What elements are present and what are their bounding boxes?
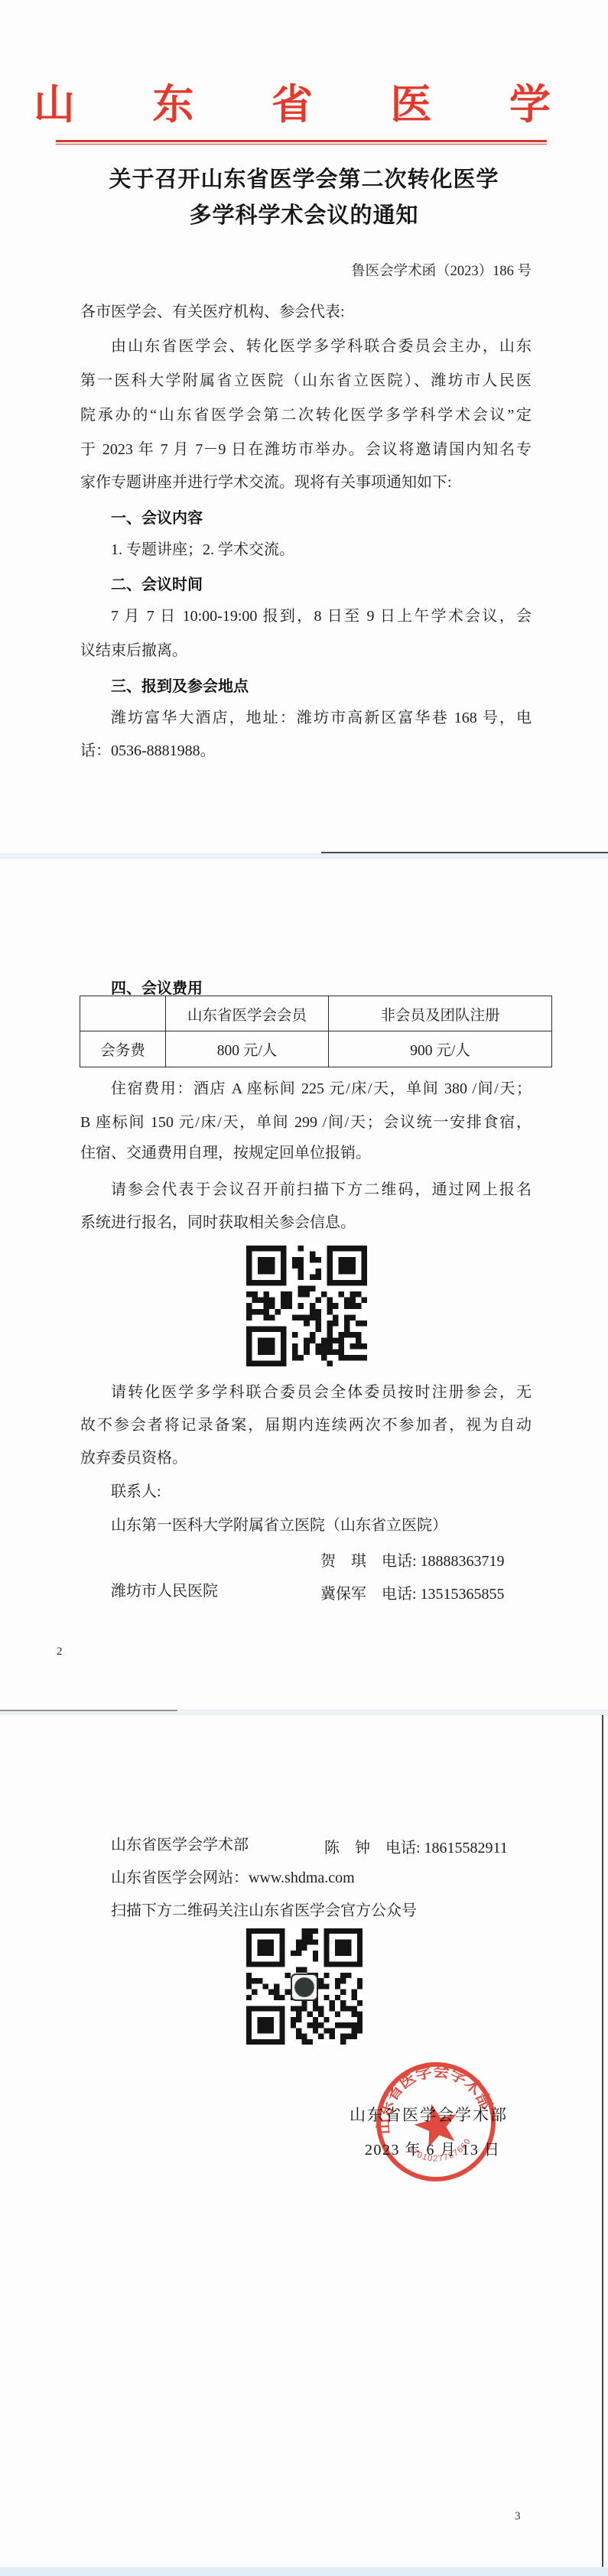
text-line: 住宿费用：酒店 A 座标间 225 元/床/天，单间 380 /间/天； <box>80 1079 532 1100</box>
contact-person-line: 冀保军 电话: 13515365855 <box>320 1581 505 1603</box>
contacts-label: 联系人: <box>80 1482 532 1502</box>
text-line: 放弃委员资格。 <box>80 1448 532 1469</box>
section-heading-4: 四、会议费用 <box>111 976 203 998</box>
text-line: 1. 专题讲座；2. 学术交流。 <box>80 540 532 560</box>
scan-edge-line <box>321 852 608 853</box>
svg-text:3701027787660: 3701027787660 <box>405 2130 476 2172</box>
text-line: 系统进行报名，同时获取相关参会信息。 <box>80 1213 532 1233</box>
document-number: 鲁医会学术函（2023）186 号 <box>351 260 532 280</box>
text-line: 请参会代表于会议召开前扫描下方二维码，通过网上报名 <box>80 1180 532 1200</box>
document-title-line-1: 关于召开山东省医学会第二次转化医学 <box>0 162 608 193</box>
letterhead-org-title: 山 东 省 医 学 会 <box>0 72 608 131</box>
scan-edge-line <box>0 1710 177 1711</box>
fee-table-header-row: 山东省医学会会员 非会员及团队注册 <box>80 996 552 1031</box>
star-icon <box>411 2099 463 2149</box>
member-fee-cell: 800 元/人 <box>166 1031 329 1067</box>
fee-table-header-cell: 非会员及团队注册 <box>329 996 552 1031</box>
text-line: B 座标间 150 元/床/天，单间 299 /间/天；会议统一安排食宿， <box>80 1113 532 1133</box>
fee-table-header-cell: 山东省医学会会员 <box>166 996 329 1031</box>
text-line: 家作专题讲座并进行学术交流。现将有关事项通知如下: <box>80 473 532 493</box>
scan-edge-line <box>602 1715 603 2567</box>
fee-table: 山东省医学会会员 非会员及团队注册 会务费 800 元/人 900 元/人 <box>80 996 552 1067</box>
wechat-qr-code <box>246 1928 363 2045</box>
logo-emblem-icon <box>294 1977 314 1997</box>
text-line: 第一医科大学附属省立医院（山东省立医院）、潍坊市人民医 <box>80 371 532 391</box>
text-line: 住宿、交通费用自理，按规定回单位报销。 <box>80 1143 532 1164</box>
text-line: 请转化医学多学科联合委员会全体委员按时注册参会，无 <box>80 1382 532 1403</box>
text-line: 于 2023 年 7 月 7－9 日在潍坊市举办。会议将邀请国内知名专 <box>80 440 532 460</box>
contact-org-line: 山东第一医科大学附属省立医院（山东省立医院） <box>80 1515 532 1536</box>
dept-person-line: 陈 钟 电话: 18615582911 <box>324 1835 508 1857</box>
text-line: 潍坊富华大酒店，地址：潍坊市高新区富华巷 168 号，电 <box>80 708 532 729</box>
text-line: 故不参会者将记录备案，届期内连续两次不参加者，视为自动 <box>80 1415 532 1436</box>
page-number-3: 3 <box>515 2510 521 2523</box>
qr-prompt-line: 扫描下方二维码关注山东省医学会官方公众号 <box>80 1901 532 1921</box>
scanner-background-band <box>0 2567 608 2576</box>
wechat-account-logo <box>291 1973 318 2001</box>
fee-table-header-cell <box>80 996 166 1031</box>
section-heading-1: 一、会议内容 <box>111 505 203 528</box>
nonmember-fee-cell: 900 元/人 <box>329 1031 552 1067</box>
fee-table-row: 会务费 800 元/人 900 元/人 <box>80 1031 552 1067</box>
text-line: 话：0536-8881988。 <box>80 741 532 762</box>
page-number-2: 2 <box>57 1645 63 1658</box>
scanned-document: 山 东 省 医 学 会 关于召开山东省医学会第二次转化医学 多学科学术会议的通知… <box>0 0 608 2576</box>
seal-serial-number: 3701027787660 <box>405 2130 476 2172</box>
section-heading-3: 三、报到及参会地点 <box>111 674 249 696</box>
registration-qr-code <box>246 1246 367 1366</box>
letterhead-divider <box>56 140 547 145</box>
contact-person-line: 贺 琪 电话: 18888363719 <box>320 1548 505 1571</box>
text-line: 由山东省医学会、转化医学多学科联合委员会主办，山东 <box>80 336 532 357</box>
fee-row-label: 会务费 <box>80 1031 166 1067</box>
text-line: 院承办的“山东省医学会第二次转化医学多学科学术会议”定 <box>80 405 532 426</box>
text-line: 议结束后撤离。 <box>80 641 532 661</box>
section-heading-2: 二、会议时间 <box>111 572 203 594</box>
text-line: 7 月 7 日 10:00-19:00 报到，8 日至 9 日上午学术会议，会 <box>80 606 532 627</box>
document-title-line-2: 多学科学术会议的通知 <box>0 198 608 229</box>
website-line: 山东省医学会网站：www.shdma.com <box>80 1868 532 1889</box>
salutation-line: 各市医学会、有关医疗机构、参会代表: <box>80 302 532 323</box>
